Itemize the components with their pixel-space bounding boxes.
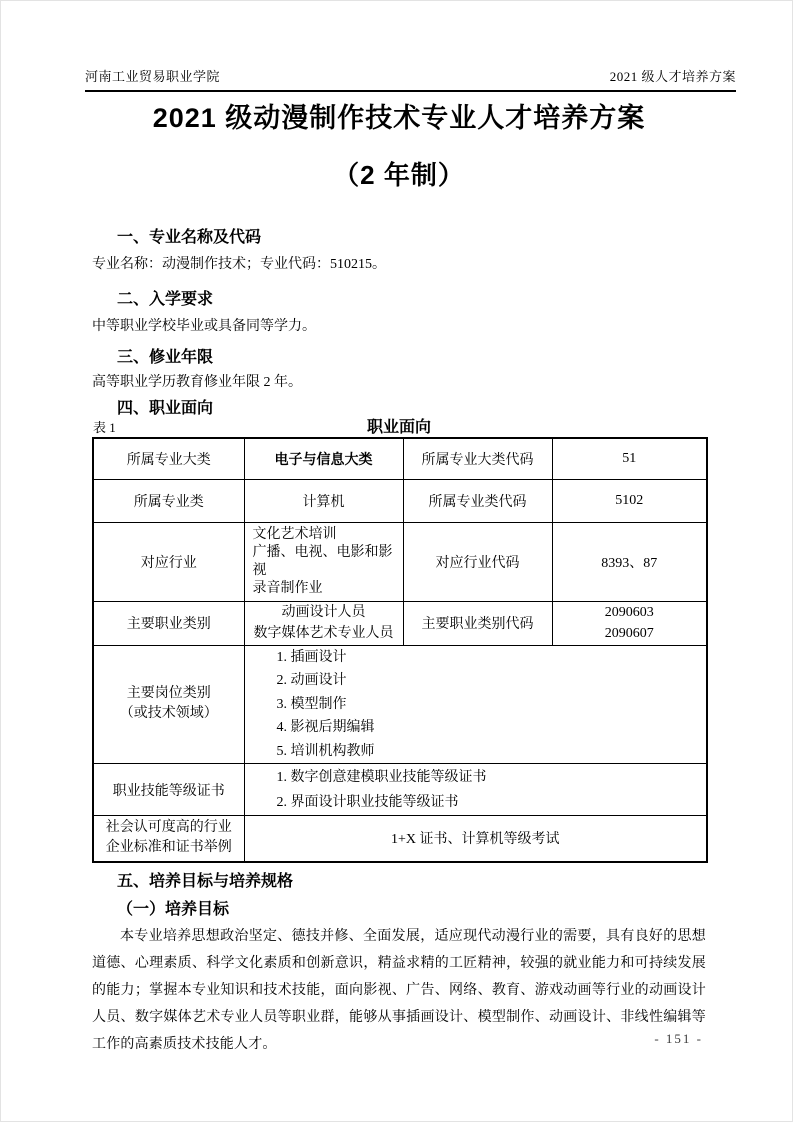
table-row: 所属专业大类 电子与信息大类 所属专业大类代码 51: [93, 438, 707, 479]
occupation-code-line: 2090603: [553, 602, 707, 623]
social-certificates-label-line: 社会认可度高的行业: [94, 818, 244, 838]
cell-industry-value: 文化艺术培训 广播、电视、电影和影视 录音制作业: [244, 522, 403, 601]
cell-job-positions-list: 1. 插画设计 2. 动画设计 3. 模型制作 4. 影视后期编辑 5. 培训机…: [244, 645, 707, 764]
cell-industry-label: 对应行业: [93, 522, 244, 601]
job-position-item: 5. 培训机构教师: [277, 740, 707, 764]
entry-requirements-line: 中等职业学校毕业或具备同等学力。: [92, 317, 706, 337]
job-positions-label-line: 主要岗位类别: [94, 684, 244, 704]
cell-industry-code-value: 8393、87: [552, 522, 707, 601]
industry-line: 录音制作业: [253, 580, 397, 598]
job-position-item: 2. 动画设计: [277, 669, 707, 693]
career-orientation-table: 所属专业大类 电子与信息大类 所属专业大类代码 51 所属专业类 计算机 所属专…: [92, 437, 708, 863]
cell-major-class-value: 计算机: [244, 479, 403, 522]
job-positions-label-line: （或技术领域）: [94, 704, 244, 724]
training-goal-paragraph: 本专业培养思想政治坚定、德技并修、全面发展，适应现代动漫行业的需要，具有良好的思…: [92, 923, 706, 1058]
study-duration-line: 高等职业学历教育修业年限 2 年。: [92, 373, 706, 393]
section-heading-entry-requirements: 二、入学要求: [92, 289, 706, 311]
job-position-item: 3. 模型制作: [277, 693, 707, 717]
cell-major-class-code-label: 所属专业类代码: [403, 479, 552, 522]
table-row: 对应行业 文化艺术培训 广播、电视、电影和影视 录音制作业 对应行业代码 839…: [93, 522, 707, 601]
cell-occupation-code-value: 2090603 2090607: [552, 601, 707, 645]
social-certificates-label-line: 企业标准和证书举例: [94, 838, 244, 858]
occupation-line: 数字媒体艺术专业人员: [245, 623, 403, 644]
document-subtitle: （2 年制）: [92, 159, 706, 191]
section-heading-study-duration: 三、修业年限: [92, 347, 706, 369]
document-title: 2021 级动漫制作技术专业人才培养方案: [92, 101, 706, 135]
skill-certificate-item: 1. 数字创意建模职业技能等级证书: [277, 765, 707, 790]
cell-occupation-code-label: 主要职业类别代码: [403, 601, 552, 645]
major-name-and-code-line: 专业名称：动漫制作技术；专业代码：510215。: [92, 255, 706, 275]
cell-occupation-category-label: 主要职业类别: [93, 601, 244, 645]
cell-skill-certificates-list: 1. 数字创意建模职业技能等级证书 2. 界面设计职业技能等级证书: [244, 764, 707, 816]
cell-major-class-label: 所属专业类: [93, 479, 244, 522]
table-row: 职业技能等级证书 1. 数字创意建模职业技能等级证书 2. 界面设计职业技能等级…: [93, 764, 707, 816]
cell-social-certificates-value: 1+X 证书、计算机等级考试: [244, 816, 707, 862]
cell-industry-code-label: 对应行业代码: [403, 522, 552, 601]
job-position-item: 4. 影视后期编辑: [277, 716, 707, 740]
cell-major-category-code-value: 51: [552, 438, 707, 479]
occupation-code-line: 2090607: [553, 623, 707, 644]
document-body: 2021 级动漫制作技术专业人才培养方案 （2 年制） 一、专业名称及代码 专业…: [92, 0, 706, 1058]
industry-line: 广播、电视、电影和影视: [253, 544, 397, 580]
table-number-label: 表 1: [93, 419, 116, 437]
table-row: 主要职业类别 动画设计人员 数字媒体艺术专业人员 主要职业类别代码 209060…: [93, 601, 707, 645]
section-heading-training-objectives: 五、培养目标与培养规格: [92, 871, 706, 893]
cell-job-positions-label: 主要岗位类别 （或技术领域）: [93, 645, 244, 764]
document-page: 河南工业贸易职业学院 2021 级人才培养方案 2021 级动漫制作技术专业人才…: [0, 0, 793, 1122]
section-heading-major-name: 一、专业名称及代码: [92, 227, 706, 249]
cell-major-category-label: 所属专业大类: [93, 438, 244, 479]
page-number: - 151 -: [654, 1031, 703, 1047]
cell-major-category-code-label: 所属专业大类代码: [403, 438, 552, 479]
section-heading-career-orientation: 四、职业面向: [92, 399, 706, 419]
industry-line: 文化艺术培训: [253, 526, 397, 544]
job-position-item: 1. 插画设计: [277, 646, 707, 670]
cell-social-certificates-label: 社会认可度高的行业 企业标准和证书举例: [93, 816, 244, 862]
subsection-heading-training-goal: （一）培养目标: [92, 899, 706, 921]
table-row: 所属专业类 计算机 所属专业类代码 5102: [93, 479, 707, 522]
cell-occupation-category-value: 动画设计人员 数字媒体艺术专业人员: [244, 601, 403, 645]
table-caption-row: 表 1 职业面向: [92, 419, 706, 437]
cell-major-class-code-value: 5102: [552, 479, 707, 522]
occupation-line: 动画设计人员: [245, 602, 403, 623]
cell-skill-certificates-label: 职业技能等级证书: [93, 764, 244, 816]
cell-major-category-value: 电子与信息大类: [244, 438, 403, 479]
table-row: 主要岗位类别 （或技术领域） 1. 插画设计 2. 动画设计 3. 模型制作 4…: [93, 645, 707, 764]
skill-certificate-item: 2. 界面设计职业技能等级证书: [277, 790, 707, 815]
table-row: 社会认可度高的行业 企业标准和证书举例 1+X 证书、计算机等级考试: [93, 816, 707, 862]
table-caption: 职业面向: [92, 419, 706, 437]
